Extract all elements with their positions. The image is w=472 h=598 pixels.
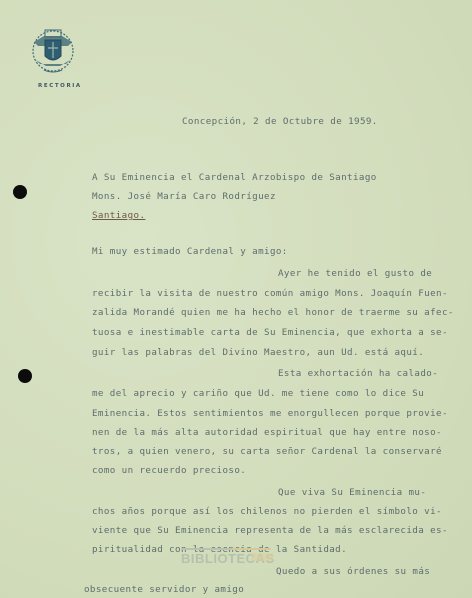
letterhead-department: RECTORIA xyxy=(38,83,82,89)
place-date: Concepción, 2 de Octubre de 1959. xyxy=(182,116,378,127)
coat-of-arms-icon xyxy=(30,24,76,76)
body-line: como un recuerdo precioso. xyxy=(92,465,246,476)
watermark-bar xyxy=(181,548,231,550)
body-line: tuosa e inestimable carta de Su Eminenci… xyxy=(92,327,448,338)
closing-line: Quedo a sus órdenes su más xyxy=(276,566,430,577)
salutation: Mi muy estimado Cardenal y amigo: xyxy=(92,246,288,257)
body-line: zalida Morandé quien me ha hecho el hono… xyxy=(92,307,454,318)
body-line: viente que Su Eminencia representa de la… xyxy=(92,525,448,536)
punch-hole xyxy=(13,185,27,199)
letter-page: RECTORIA Concepción, 2 de Octubre de 195… xyxy=(0,0,472,598)
recipient-line-2: Mons. José María Caro Rodríguez xyxy=(92,191,276,202)
recipient-city: Santiago. xyxy=(92,210,145,221)
closing-line: obsecuente servidor y amigo xyxy=(84,584,244,595)
punch-hole xyxy=(18,369,32,383)
body-line: Eminencia. Estos sentimientos me enorgul… xyxy=(92,408,448,419)
body-line: Que viva Su Eminencia mu- xyxy=(278,487,426,498)
body-line: Ayer he tenido el gusto de xyxy=(278,268,432,279)
body-line: tros, a quien venero, su carta señor Car… xyxy=(92,446,442,457)
body-line: guir las palabras del Divino Maestro, au… xyxy=(92,347,424,358)
body-line: recibir la visita de nuestro común amigo… xyxy=(92,288,448,299)
recipient-line-1: A Su Eminencia el Cardenal Arzobispo de … xyxy=(92,172,377,183)
body-line: chos años porque así los chilenos no pie… xyxy=(92,506,442,517)
body-line: nen de la más alta autoridad espiritual … xyxy=(92,427,442,438)
watermark-bar xyxy=(231,548,271,550)
body-line: me del aprecio y cariño que Ud. me tiene… xyxy=(92,388,424,399)
body-line: Esta exhortación ha calado- xyxy=(278,368,438,379)
watermark-tag xyxy=(251,553,273,561)
